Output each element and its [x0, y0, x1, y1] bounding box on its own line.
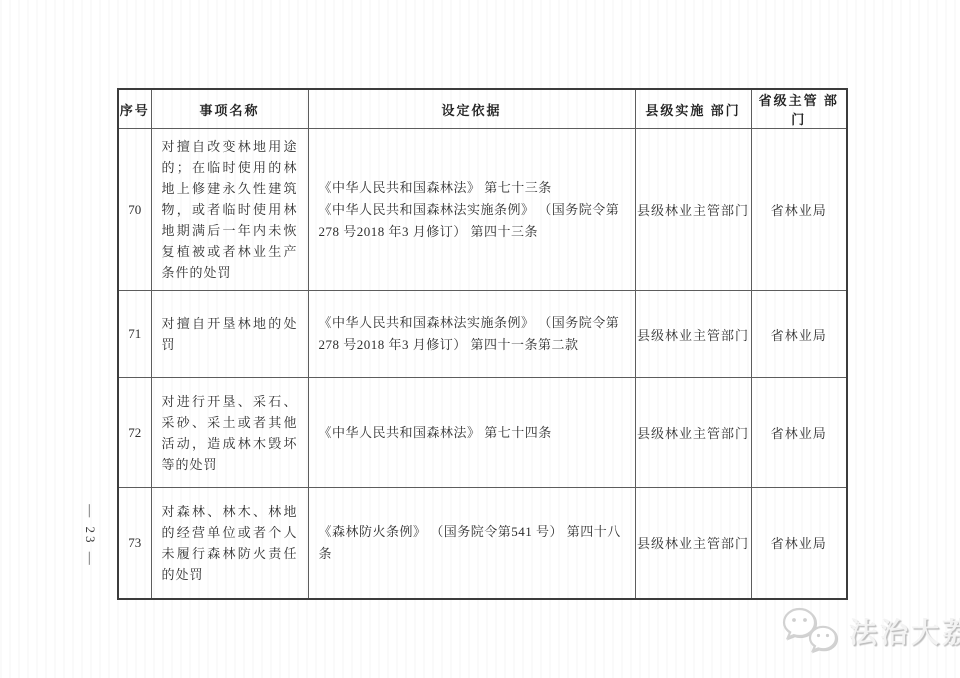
row-71-item-name: 对擅自开垦林地的处罚	[151, 291, 308, 378]
row-72-legal-basis: 《中华人民共和国森林法》 第七十四条	[308, 378, 635, 488]
row-70-county-dept: 县级林业主管部门	[635, 129, 751, 291]
header-cell-province: 省级主管 部门	[751, 89, 847, 129]
page-number: — 23 —	[82, 486, 98, 586]
table-row: 70 对擅自改变林地用途的；在临时使用的林地上修建永久性建筑物，或者临时使用林地…	[118, 129, 847, 291]
row-70-province-dept: 省林业局	[751, 129, 847, 291]
row-72-item-name: 对进行开垦、采石、采砂、采土或者其他活动，造成林木毁坏等的处罚	[151, 378, 308, 488]
row-72-number: 72	[118, 378, 151, 488]
wechat-chat-bubbles-icon	[779, 606, 841, 656]
row-72-county-dept: 县级林业主管部门	[635, 378, 751, 488]
row-70-legal-basis: 《中华人民共和国森林法》 第七十三条 《中华人民共和国森林法实施条例》 （国务院…	[308, 129, 635, 291]
row-73-county-dept: 县级林业主管部门	[635, 488, 751, 599]
table-row: 71 对擅自开垦林地的处罚 《中华人民共和国森林法实施条例》 （国务院令第278…	[118, 291, 847, 378]
administrative-items-table: 序号 事项名称 设定依据 县级实施 部门 省级主管 部门 70 对擅自改变林地用…	[117, 88, 848, 600]
header-cell-name: 事项名称	[151, 89, 308, 129]
table-row: 72 对进行开垦、采石、采砂、采土或者其他活动，造成林木毁坏等的处罚 《中华人民…	[118, 378, 847, 488]
table-header-row: 序号 事项名称 设定依据 县级实施 部门 省级主管 部门	[118, 89, 847, 129]
table-row: 73 对森林、林木、林地的经营单位或者个人未履行森林防火责任的处罚 《森林防火条…	[118, 488, 847, 599]
header-cell-county: 县级实施 部门	[635, 89, 751, 129]
row-70-number: 70	[118, 129, 151, 291]
row-71-province-dept: 省林业局	[751, 291, 847, 378]
header-cell-basis: 设定依据	[308, 89, 635, 129]
header-cell-no: 序号	[118, 89, 151, 129]
row-70-item-name: 对擅自改变林地用途的；在临时使用的林地上修建永久性建筑物，或者临时使用林地期满后…	[151, 129, 308, 291]
row-71-county-dept: 县级林业主管部门	[635, 291, 751, 378]
row-71-number: 71	[118, 291, 151, 378]
row-72-province-dept: 省林业局	[751, 378, 847, 488]
row-73-legal-basis: 《森林防火条例》 （国务院令第541 号） 第四十八条	[308, 488, 635, 599]
row-73-number: 73	[118, 488, 151, 599]
row-71-legal-basis: 《中华人民共和国森林法实施条例》 （国务院令第278 号2018 年3 月修订）…	[308, 291, 635, 378]
watermark-label: 法治大荔	[849, 611, 960, 651]
watermark: 法治大荔	[779, 601, 949, 661]
row-73-item-name: 对森林、林木、林地的经营单位或者个人未履行森林防火责任的处罚	[151, 488, 308, 599]
scanned-document-page: — 23 — 序号 事项名称 设定依据 县级实施 部门 省级主管 部门 70 对…	[0, 0, 960, 678]
row-73-province-dept: 省林业局	[751, 488, 847, 599]
